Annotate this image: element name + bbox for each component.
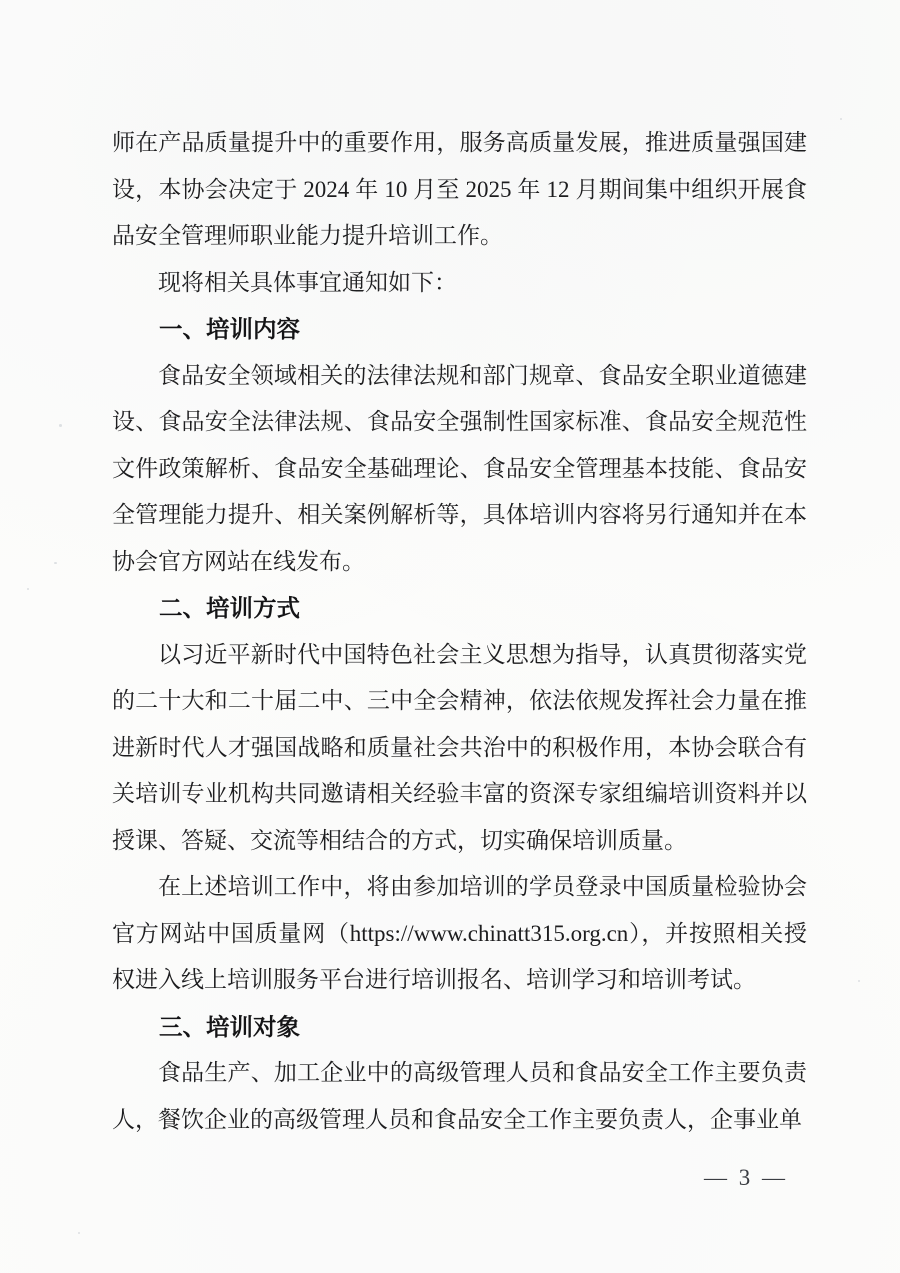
document-page: 师在产品质量提升中的重要作用，服务高质量发展，推进质量强国建设，本协会决定于 2…: [0, 0, 900, 1273]
paragraph-training-platform: 在上述培训工作中，将由参加培训的学员登录中国质量检验协会官方网站中国质量网（ht…: [112, 864, 807, 1004]
scan-speck: [27, 588, 29, 590]
scan-speck: [54, 562, 57, 564]
section-heading-1: 一、培训内容: [112, 306, 807, 353]
paragraph-training-audience: 食品生产、加工企业中的高级管理人员和食品安全工作主要负责人，餐饮企业的高级管理人…: [112, 1050, 807, 1143]
scan-speck: [59, 424, 62, 427]
scan-speck: [858, 980, 860, 982]
section-heading-2: 二、培训方式: [112, 585, 807, 632]
paragraph-intro: 现将相关具体事宜通知如下：: [112, 260, 807, 307]
page-number: — 3 —: [704, 1165, 788, 1191]
scan-speck: [840, 118, 842, 120]
paragraph-training-content: 食品安全领域相关的法律法规和部门规章、食品安全职业道德建设、食品安全法律法规、食…: [112, 353, 807, 586]
section-heading-3: 三、培训对象: [112, 1004, 807, 1051]
document-body: 师在产品质量提升中的重要作用，服务高质量发展，推进质量强国建设，本协会决定于 2…: [112, 120, 807, 1143]
paragraph-continuation: 师在产品质量提升中的重要作用，服务高质量发展，推进质量强国建设，本协会决定于 2…: [112, 120, 807, 260]
scan-speck: [78, 1232, 80, 1234]
paragraph-training-method: 以习近平新时代中国特色社会主义思想为指导，认真贯彻落实党的二十大和二十届二中、三…: [112, 632, 807, 865]
